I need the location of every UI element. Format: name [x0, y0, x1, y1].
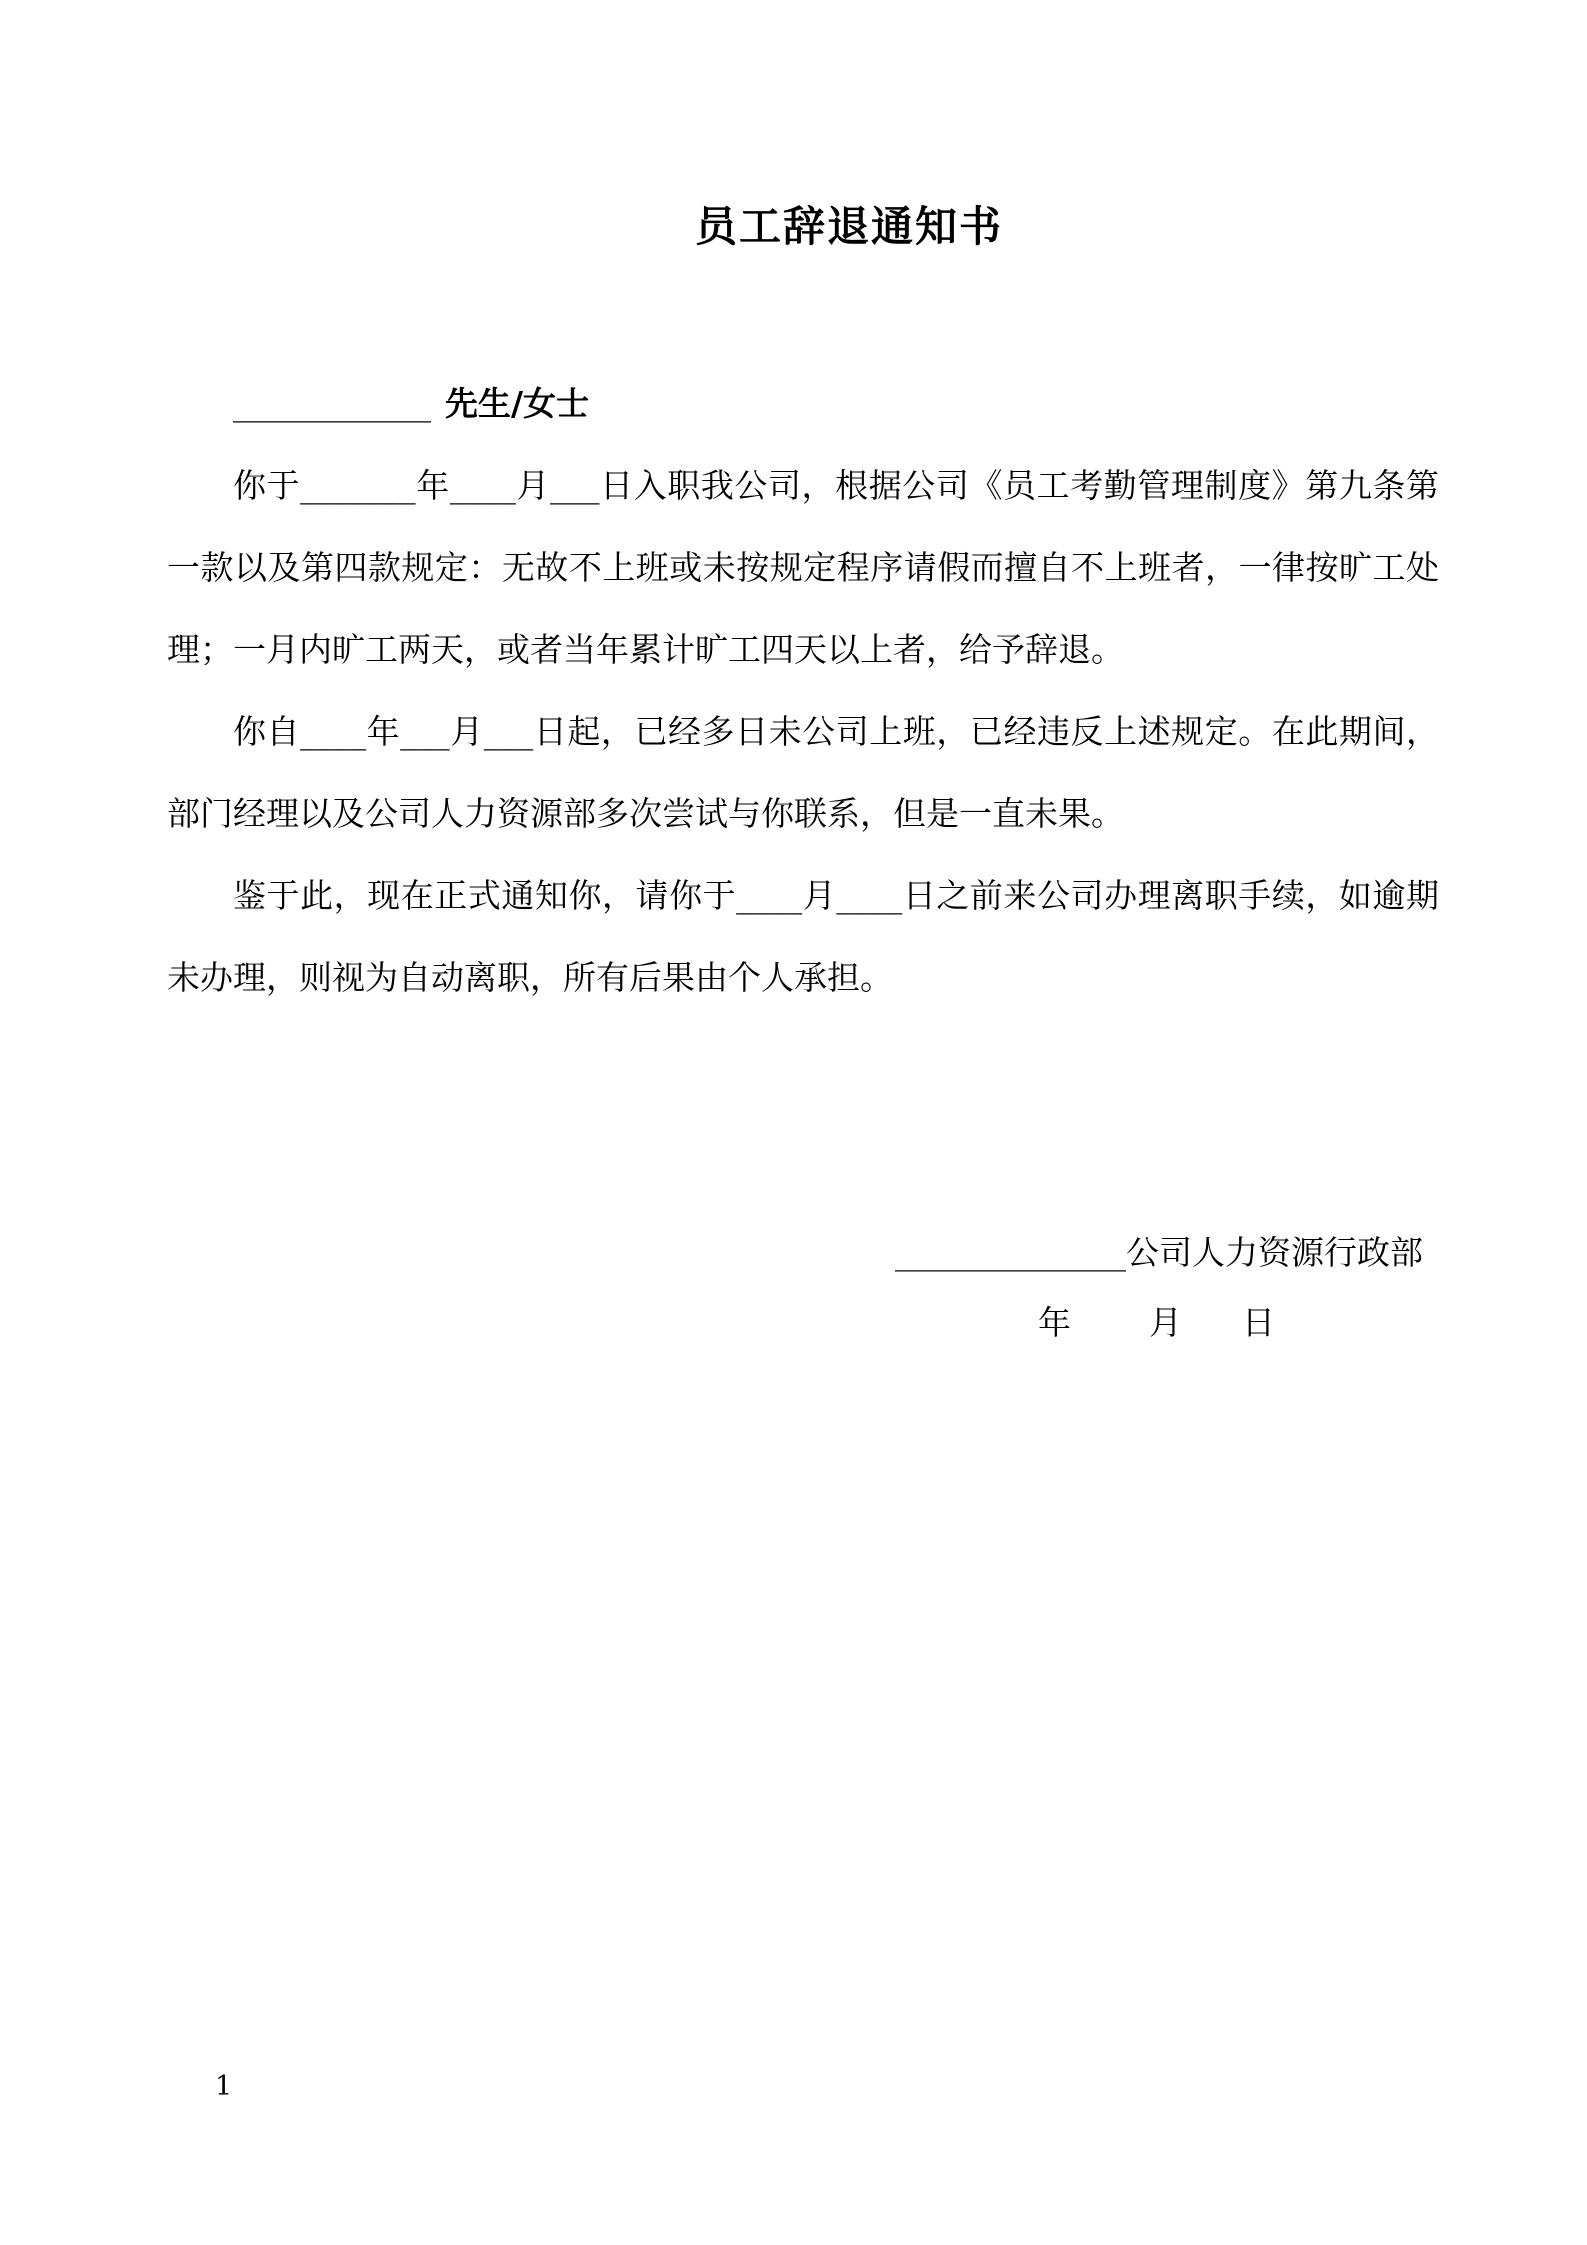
signature-department: 公司人力资源行政部 — [1126, 1233, 1423, 1272]
document-body: ____________先生/女士 你于_______年____月___日入职我… — [167, 363, 1439, 1019]
body-paragraph: 你于_______年____月___日入职我公司，根据公司《员工考勤管理制度》第… — [167, 445, 1439, 691]
document-page: 员工辞退通知书 ____________先生/女士 你于_______年____… — [0, 0, 1587, 2245]
body-paragraph: 鉴于此，现在正式通知你，请你于____月____日之前来公司办理离职手续，如逾期… — [167, 855, 1439, 1019]
date-month-label: 月 — [1149, 1303, 1182, 1342]
date-year-label: 年 — [1038, 1303, 1071, 1342]
salutation-line: ____________先生/女士 — [167, 363, 1439, 445]
salutation-recipient: 先生/女士 — [445, 384, 589, 423]
page-number: 1 — [215, 2070, 232, 2104]
document-title: 员工辞退通知书 — [167, 198, 1439, 256]
signature-blank-line: ______________ — [895, 1233, 1126, 1272]
salutation-blank-line: ____________ — [233, 384, 431, 423]
date-day-label: 日 — [1242, 1303, 1275, 1342]
body-paragraph: 你自____年___月___日起，已经多日未公司上班，已经违反上述规定。在此期间… — [167, 691, 1439, 855]
signature-date-line: 年月日 — [167, 1282, 1275, 1364]
